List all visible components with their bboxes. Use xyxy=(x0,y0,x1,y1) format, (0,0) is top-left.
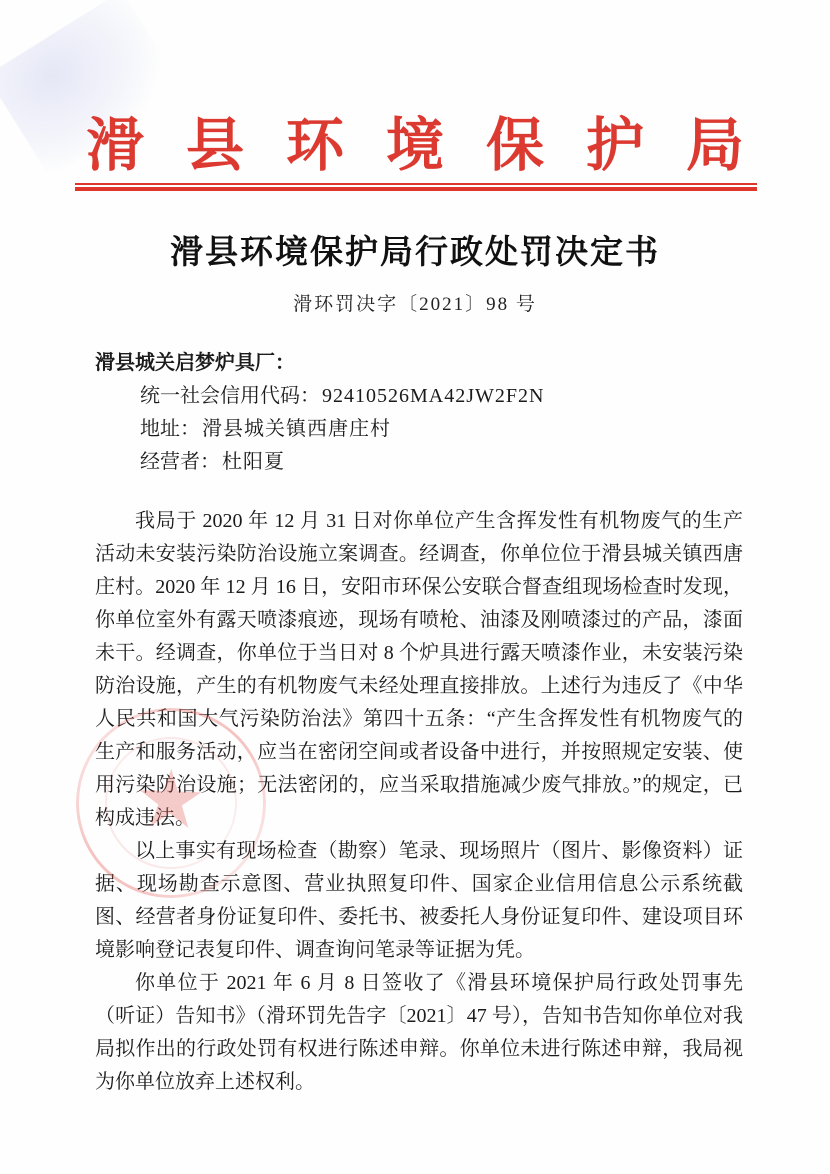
recipient-credit-code-line: 统一社会信用代码：92410526MA42JW2F2N xyxy=(95,380,743,413)
document-title: 滑县环境保护局行政处罚决定书 xyxy=(0,226,830,273)
operator-label: 经营者： xyxy=(140,451,220,473)
credit-code-label: 统一社会信用代码： xyxy=(140,385,320,407)
letterhead-agency-name: 滑县环境保护局 xyxy=(0,98,830,182)
address-label: 地址： xyxy=(140,418,200,440)
document-number: 滑环罚决字〔2021〕98 号 xyxy=(0,289,830,316)
recipient-address-line: 地址：滑县城关镇西唐庄村 xyxy=(95,413,743,446)
paragraph-evidence-list: 以上事实有现场检查（勘察）笔录、现场照片（图片、影像资料）证据、现场勘查示意图、… xyxy=(95,835,743,967)
paragraph-prior-notice: 你单位于 2021 年 6 月 8 日签收了《滑县环境保护局行政处罚事先（听证）… xyxy=(95,967,743,1099)
credit-code-value: 92410526MA42JW2F2N xyxy=(322,385,544,407)
body-paragraphs: 我局于 2020 年 12 月 31 日对你单位产生含挥发性有机物废气的生产活动… xyxy=(95,505,743,1099)
recipient-block: 滑县城关启梦炉具厂： 统一社会信用代码：92410526MA42JW2F2N 地… xyxy=(95,347,743,479)
recipient-operator-line: 经营者：杜阳夏 xyxy=(95,446,743,479)
letterhead-divider xyxy=(75,183,757,191)
document-body: 滑县城关启梦炉具厂： 统一社会信用代码：92410526MA42JW2F2N 地… xyxy=(95,347,743,1099)
address-value: 滑县城关镇西唐庄村 xyxy=(202,418,391,440)
operator-value: 杜阳夏 xyxy=(222,451,285,473)
paragraph-investigation-facts: 我局于 2020 年 12 月 31 日对你单位产生含挥发性有机物废气的生产活动… xyxy=(95,505,743,835)
scanned-document-page: 滑县环境保护局 滑县环境保护局行政处罚决定书 滑环罚决字〔2021〕98 号 滑… xyxy=(0,0,830,1174)
recipient-name: 滑县城关启梦炉具厂： xyxy=(95,347,743,380)
